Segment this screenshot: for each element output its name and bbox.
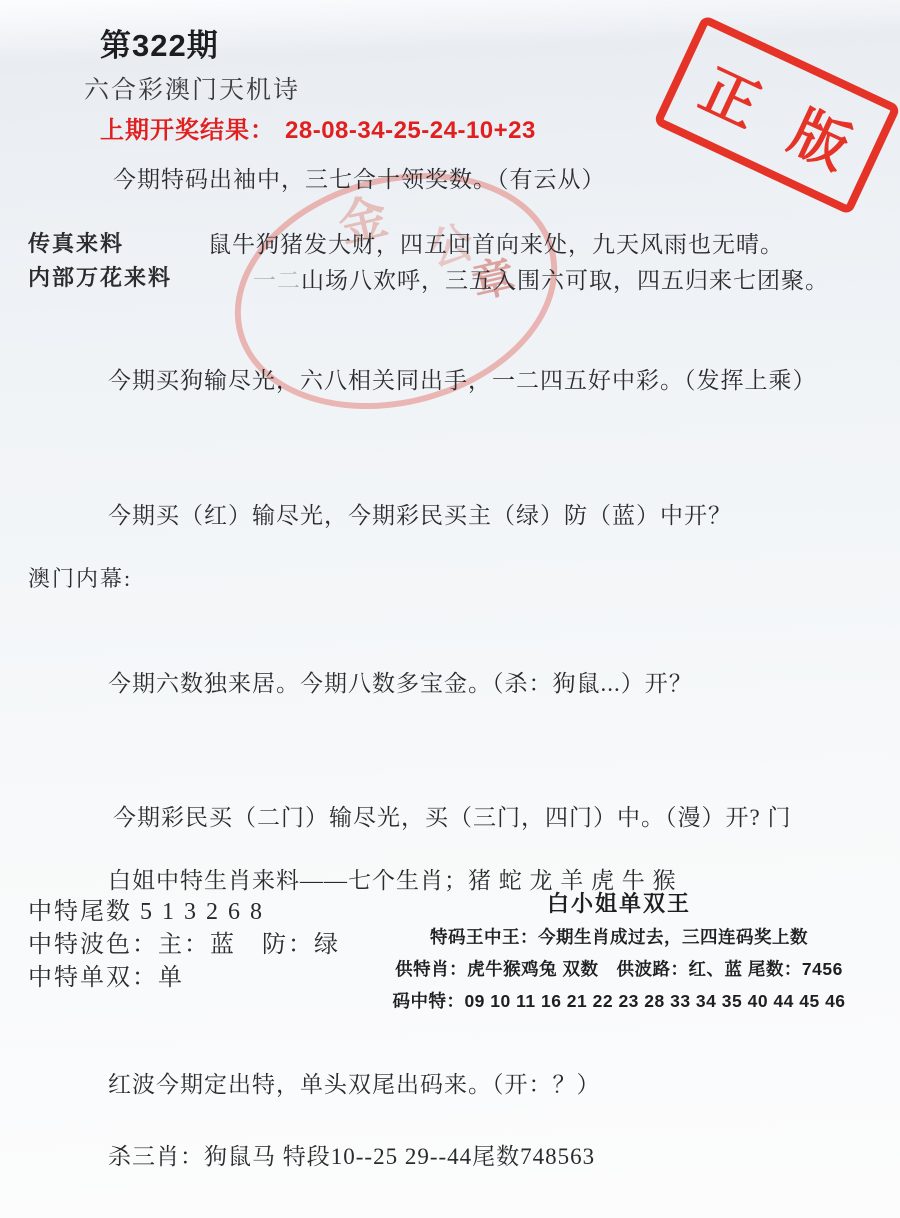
dog-tip-line: 今期买狗输尽光，六八相关同出手，一二四五好中彩。（发挥上乘） xyxy=(108,362,817,395)
special-code-numbers-line: 码中特：09 10 11 16 21 22 23 28 33 34 35 40 … xyxy=(380,988,858,1013)
last-draw-numbers: 28-08-34-25-24-10+23 xyxy=(285,117,536,144)
baixiaojie-title: 白小姐单双王 xyxy=(380,887,858,918)
internal-source-label: 内部万花来料 xyxy=(28,261,172,292)
lottery-tip-sheet: 金 公 章 第322期 六合彩澳门天机诗 上期开奖结果：28-08-34-25-… xyxy=(0,0,900,1218)
baixiaojie-box: 白小姐单双王 特码王中王：今期生肖成过去，三四连码奖上数 供特肖：虎牛猴鸡兔 双… xyxy=(380,887,858,1020)
macau-insider-label: 澳门内幕: xyxy=(28,562,132,593)
internal-poem-text: 山场八欢呼，三五入围六可取，四五归来七团聚。 xyxy=(301,268,829,293)
internal-poem-faded-prefix: 一二 xyxy=(253,268,301,293)
fax-source-label: 传真来料 xyxy=(28,227,124,258)
fax-poem-line: 鼠牛狗猪发大财，四五回首向来处，九天风雨也无晴。 xyxy=(208,226,784,259)
last-draw-label: 上期开奖结果： xyxy=(100,117,275,144)
special-tail-numbers: 中特尾数 5 1 3 2 6 8 xyxy=(28,896,340,929)
genuine-stamp: 正 版 xyxy=(653,15,900,216)
last-draw-result: 上期开奖结果：28-08-34-25-24-10+23 xyxy=(100,110,536,145)
internal-poem-line: 一二山场八欢呼，三五入围六可取，四五归来七团聚。 xyxy=(253,262,829,295)
stamp-char: 正 xyxy=(689,45,775,143)
issue-number: 第322期 xyxy=(100,20,219,65)
king-of-kings-line: 特码王中王：今期生肖成过去，三四连码奖上数 xyxy=(380,924,858,949)
six-number-tip-line: 今期六数独来居。今期八数多宝金。（杀：狗鼠...）开？ xyxy=(108,665,693,698)
stamp-char: 版 xyxy=(779,87,865,185)
special-wave-colors: 中特波色：主：蓝 防：绿 xyxy=(28,929,340,962)
kill-three-zodiac-line: 杀三肖：狗鼠马 特段10--25 29--44尾数748563 xyxy=(108,1138,595,1171)
main-poem-line: 今期特码出袖中，三七合十领奖数。（有云从） xyxy=(113,161,606,194)
color-tip-line: 今期买（红）输尽光，今期彩民买主（绿）防（蓝）中开？ xyxy=(108,497,732,530)
red-wave-tip-line: 红波今期定出特，单头双尾出码来。（开：？） xyxy=(108,1066,601,1099)
gate-tip-line: 今期彩民买（二门）输尽光，买（三门，四门）中。（漫）开? 门 xyxy=(113,799,791,832)
page-title: 六合彩澳门天机诗 xyxy=(84,70,300,106)
special-stats-block: 中特尾数 5 1 3 2 6 8 中特波色：主：蓝 防：绿 中特单双：单 xyxy=(28,896,340,995)
special-odd-even: 中特单双：单 xyxy=(28,962,340,995)
zodiac-wave-tail-line: 供特肖：虎牛猴鸡兔 双数 供波路：红、蓝 尾数：7456 xyxy=(380,956,858,981)
